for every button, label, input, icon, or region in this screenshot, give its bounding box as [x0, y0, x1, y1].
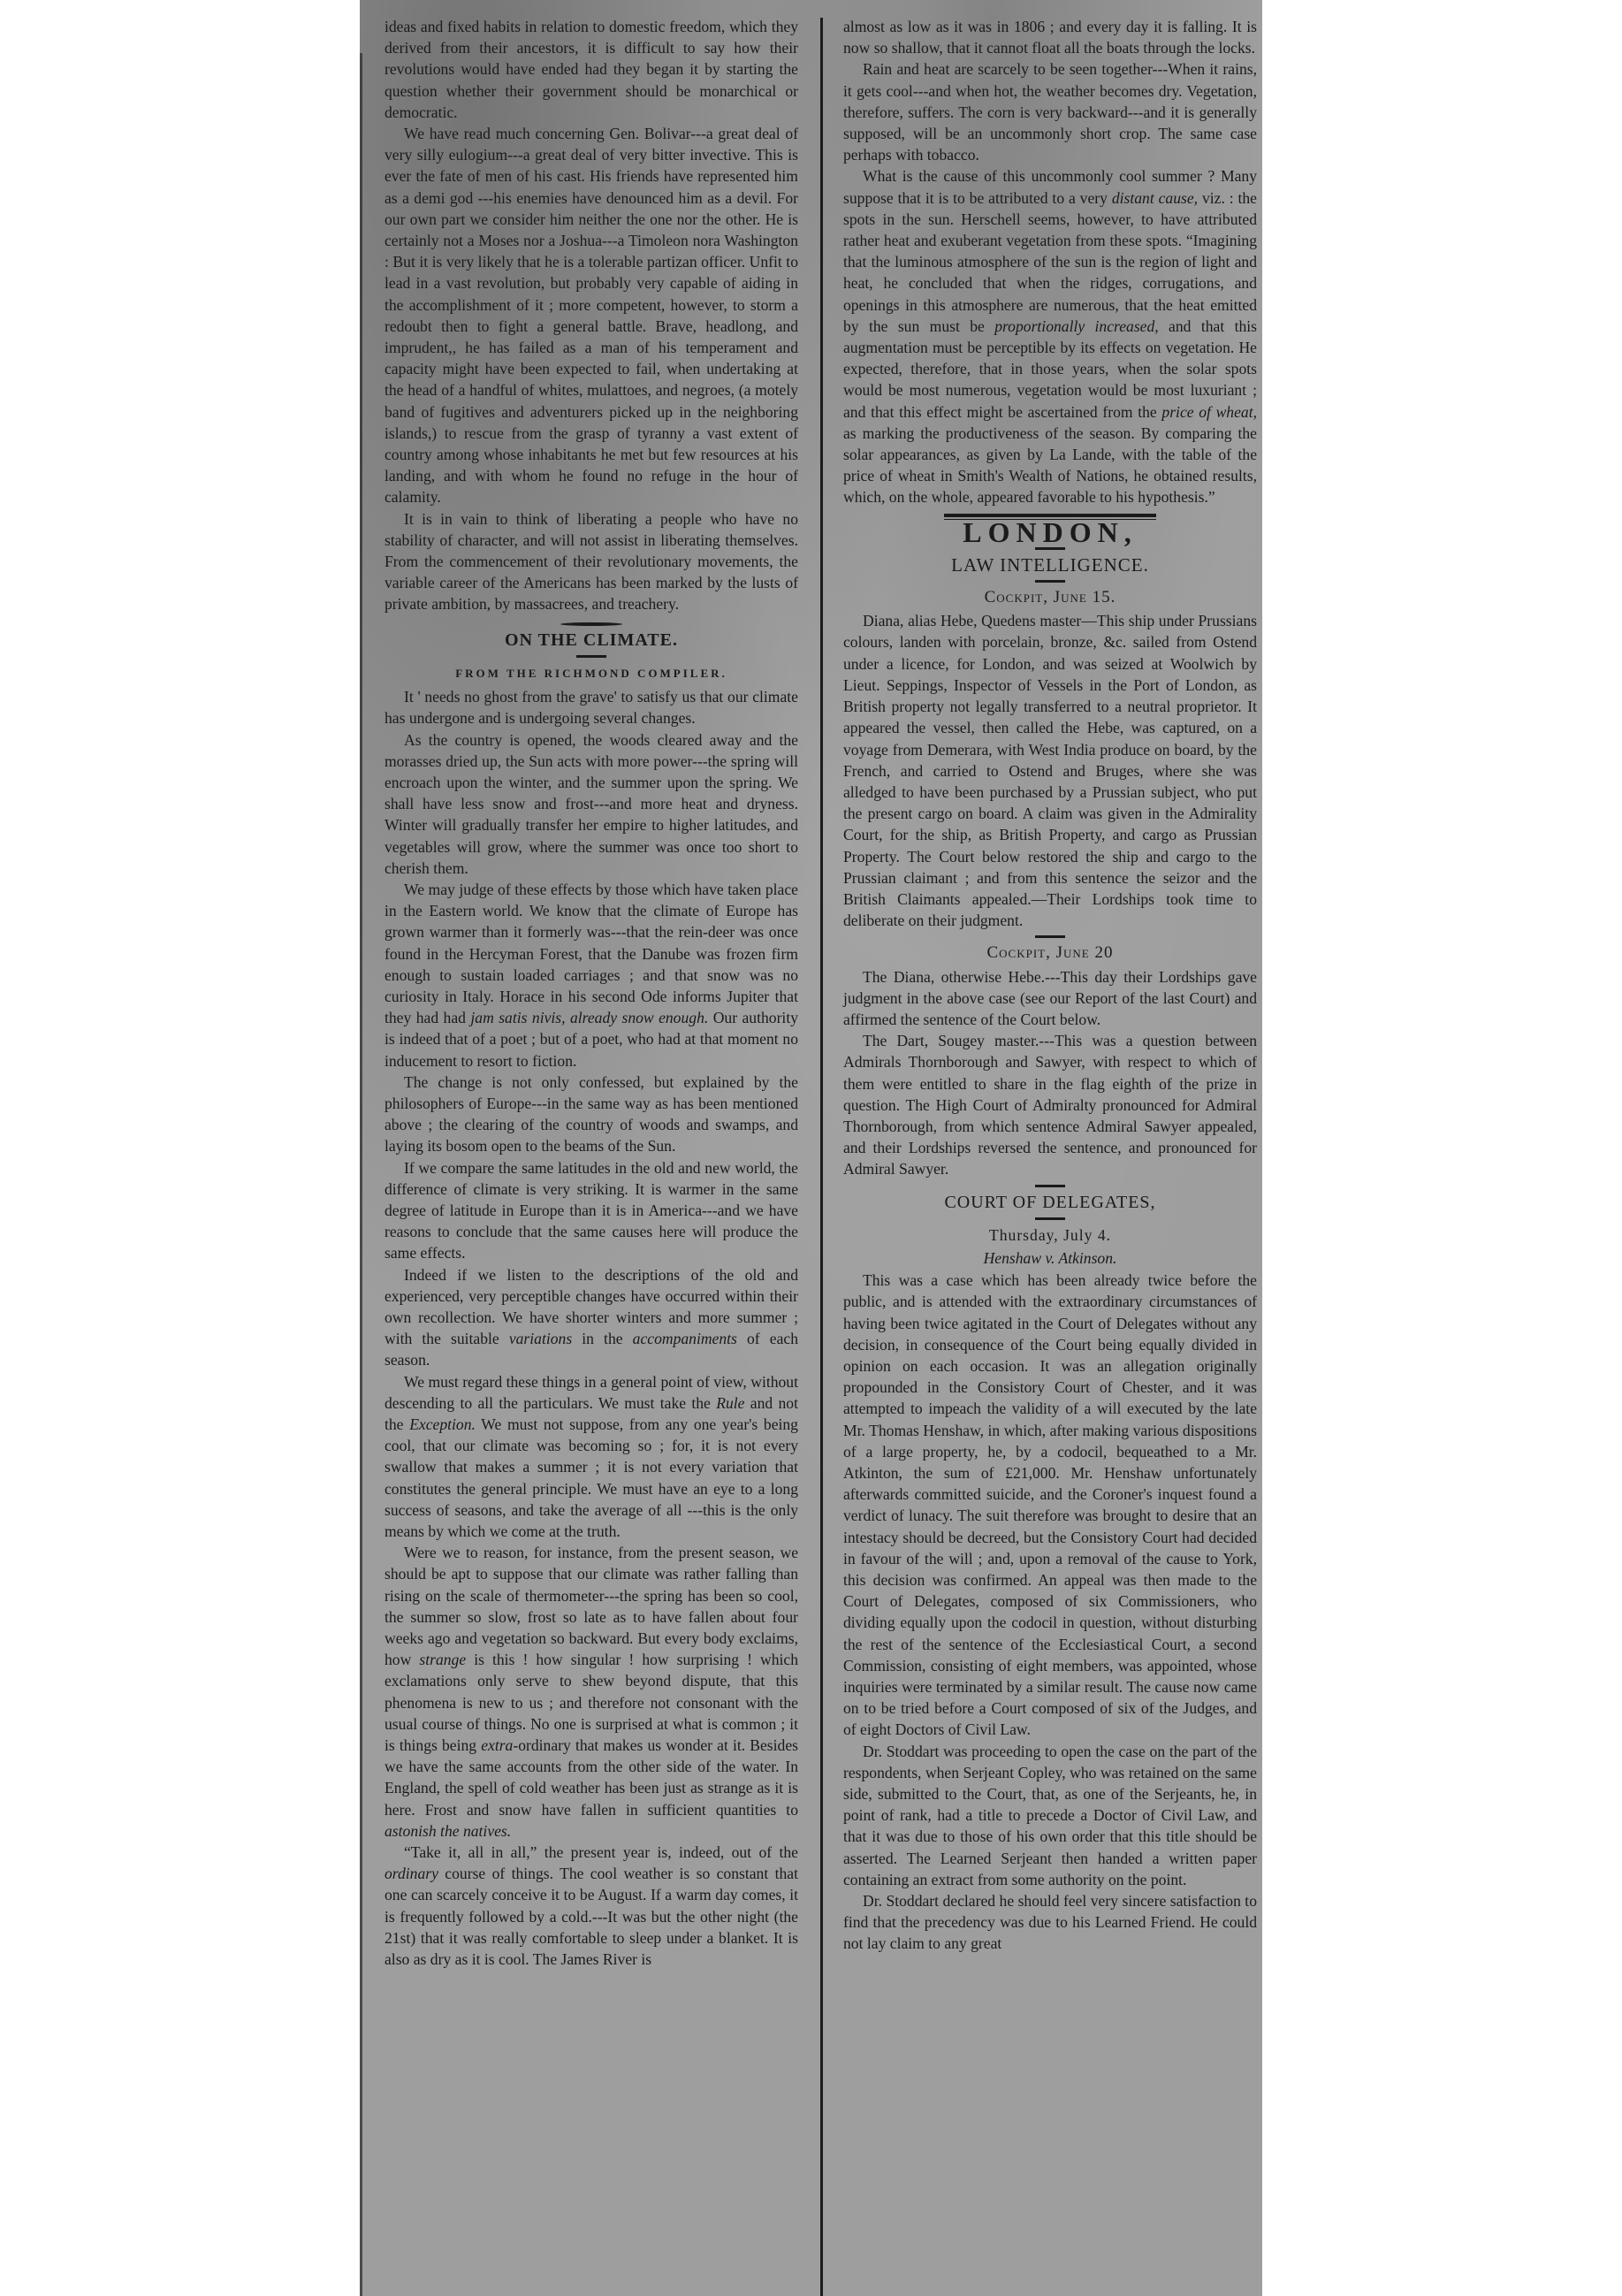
law-paragraph-1: Diana, alias Hebe, Quedens master—This s… [843, 610, 1257, 931]
delegates-paragraph-3: Dr. Stoddart declared he should feel ver… [843, 1890, 1257, 1955]
climate-paragraph-7: We must regard these things in a general… [385, 1371, 798, 1543]
climate-paragraph-3: We may judge of these effects by those w… [385, 879, 798, 1072]
delegates-paragraph-2: Dr. Stoddart was proceeding to open the … [843, 1741, 1257, 1890]
right-column: almost as low as it was in 1806 ; and ev… [843, 16, 1257, 1955]
climate-paragraph-1: It ' needs no ghost from the grave' to s… [385, 686, 798, 728]
climate-paragraph-2: As the country is opened, the woods clea… [385, 729, 798, 879]
climate-continued-3: What is the cause of this uncommonly coo… [843, 165, 1257, 507]
case-name: Henshaw v. Atkinson. [843, 1247, 1257, 1269]
column-divider [820, 18, 823, 2296]
law-intelligence-heading: LAW INTELLIGENCE. [843, 554, 1257, 576]
short-rule [576, 655, 606, 658]
climate-heading: ON THE CLIMATE. [385, 629, 798, 651]
court-of-delegates-heading: COURT OF DELEGATES, [843, 1192, 1257, 1213]
climate-paragraph-9: “Take it, all in all,” the present year … [385, 1842, 798, 1970]
delegates-paragraph-1: This was a case which has been already t… [843, 1270, 1257, 1740]
climate-source: FROM THE RICHMOND COMPILER. [385, 663, 798, 684]
climate-paragraph-4: The change is not only confessed, but ex… [385, 1072, 798, 1157]
page-edge-rule [360, 53, 362, 2296]
law-paragraph-3: The Dart, Sougey master.---This was a qu… [843, 1030, 1257, 1179]
short-rule [1035, 935, 1065, 938]
bolivar-paragraph-2: We have read much concerning Gen. Boliva… [385, 123, 798, 508]
short-rule [1035, 1217, 1065, 1220]
bolivar-paragraph-1: ideas and fixed habits in relation to do… [385, 16, 798, 123]
climate-continued-2: Rain and heat are scarcely to be seen to… [843, 58, 1257, 165]
ornament-rule [560, 622, 622, 626]
short-rule [1035, 580, 1065, 583]
climate-paragraph-8: Were we to reason, for instance, from th… [385, 1542, 798, 1842]
climate-paragraph-5: If we compare the same latitudes in the … [385, 1157, 798, 1264]
cockpit-dateline-2: Cockpit, June 20 [843, 942, 1257, 964]
short-rule [1035, 1185, 1065, 1187]
court-date: Thursday, July 4. [843, 1224, 1257, 1246]
climate-paragraph-6: Indeed if we listen to the descriptions … [385, 1264, 798, 1371]
newspaper-page: ideas and fixed habits in relation to do… [360, 0, 1262, 2296]
law-paragraph-2: The Diana, otherwise Hebe.---This day th… [843, 966, 1257, 1031]
left-column: ideas and fixed habits in relation to do… [385, 16, 798, 1970]
climate-continued-1: almost as low as it was in 1806 ; and ev… [843, 16, 1257, 58]
cockpit-dateline-1: Cockpit, June 15. [843, 587, 1257, 608]
bolivar-paragraph-3: It is in vain to think of liberating a p… [385, 508, 798, 615]
london-heading: LONDON, [843, 522, 1257, 543]
